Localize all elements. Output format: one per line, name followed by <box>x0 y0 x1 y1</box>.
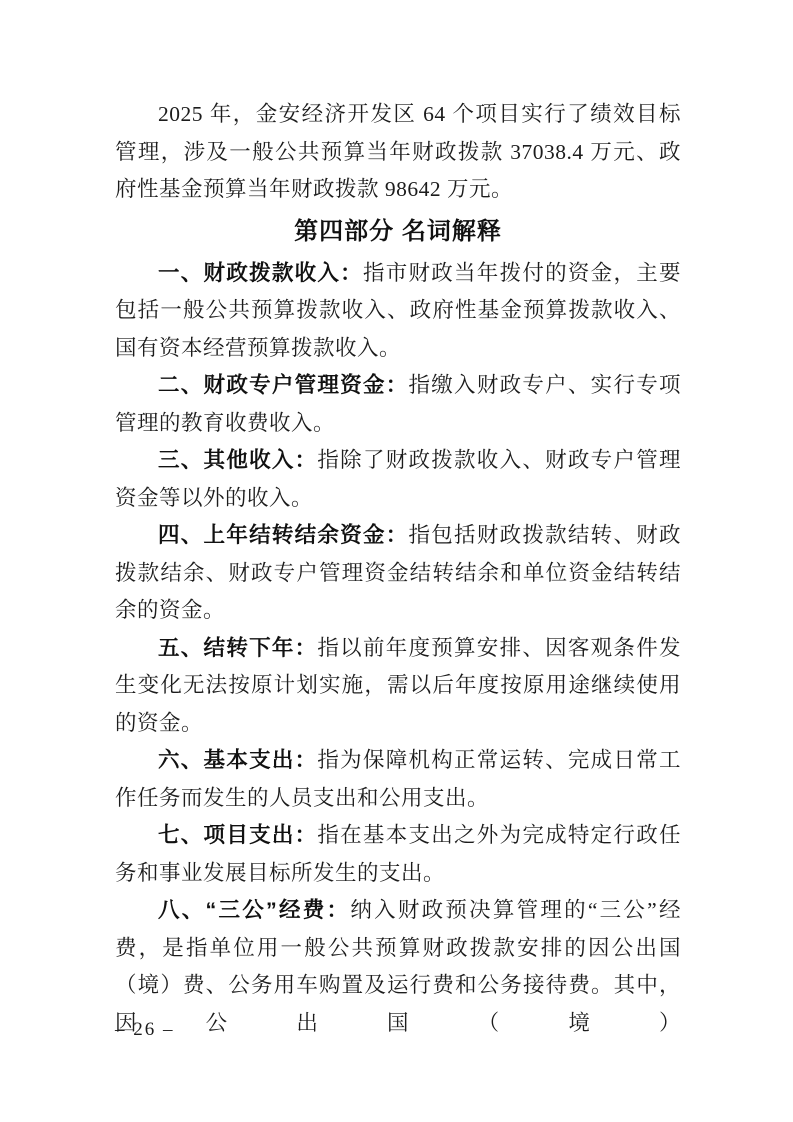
section-title: 第四部分 名词解释 <box>115 213 681 251</box>
page-number: – 26 – <box>115 1018 175 1042</box>
term-label: 六、基本支出： <box>158 748 317 772</box>
term-paragraph: 一、财政拨款收入：指市财政当年拨付的资金，主要包括一般公共预算拨款收入、政府性基… <box>115 255 681 368</box>
term-label: 四、上年结转结余资金： <box>158 523 409 547</box>
term-paragraph: 八、“三公”经费：纳入财政预决算管理的“三公”经费，是指单位用一般公共预算财政拨… <box>115 892 681 1042</box>
document-page: 2025 年，金安经济开发区 64 个项目实行了绩效目标管理，涉及一般公共预算当… <box>0 0 793 1122</box>
term-label: 八、“三公”经费： <box>158 898 350 922</box>
term-paragraph: 四、上年结转结余资金：指包括财政拨款结转、财政拨款结余、财政专户管理资金结转结余… <box>115 517 681 630</box>
page-content: 2025 年，金安经济开发区 64 个项目实行了绩效目标管理，涉及一般公共预算当… <box>115 96 681 1042</box>
term-label: 一、财政拨款收入： <box>158 261 363 285</box>
term-paragraph: 七、项目支出：指在基本支出之外为完成特定行政任务和事业发展目标所发生的支出。 <box>115 817 681 892</box>
term-label: 二、财政专户管理资金： <box>158 373 409 397</box>
term-label: 五、结转下年： <box>158 636 317 660</box>
term-label: 三、其他收入： <box>158 448 317 472</box>
term-paragraph: 三、其他收入：指除了财政拨款收入、财政专户管理资金等以外的收入。 <box>115 442 681 517</box>
term-paragraph: 二、财政专户管理资金：指缴入财政专户、实行专项管理的教育收费收入。 <box>115 367 681 442</box>
term-label: 七、项目支出： <box>158 823 317 847</box>
term-paragraph: 六、基本支出：指为保障机构正常运转、完成日常工作任务而发生的人员支出和公用支出。 <box>115 742 681 817</box>
intro-paragraph: 2025 年，金安经济开发区 64 个项目实行了绩效目标管理，涉及一般公共预算当… <box>115 96 681 209</box>
term-paragraph: 五、结转下年：指以前年度预算安排、因客观条件发生变化无法按原计划实施，需以后年度… <box>115 630 681 743</box>
